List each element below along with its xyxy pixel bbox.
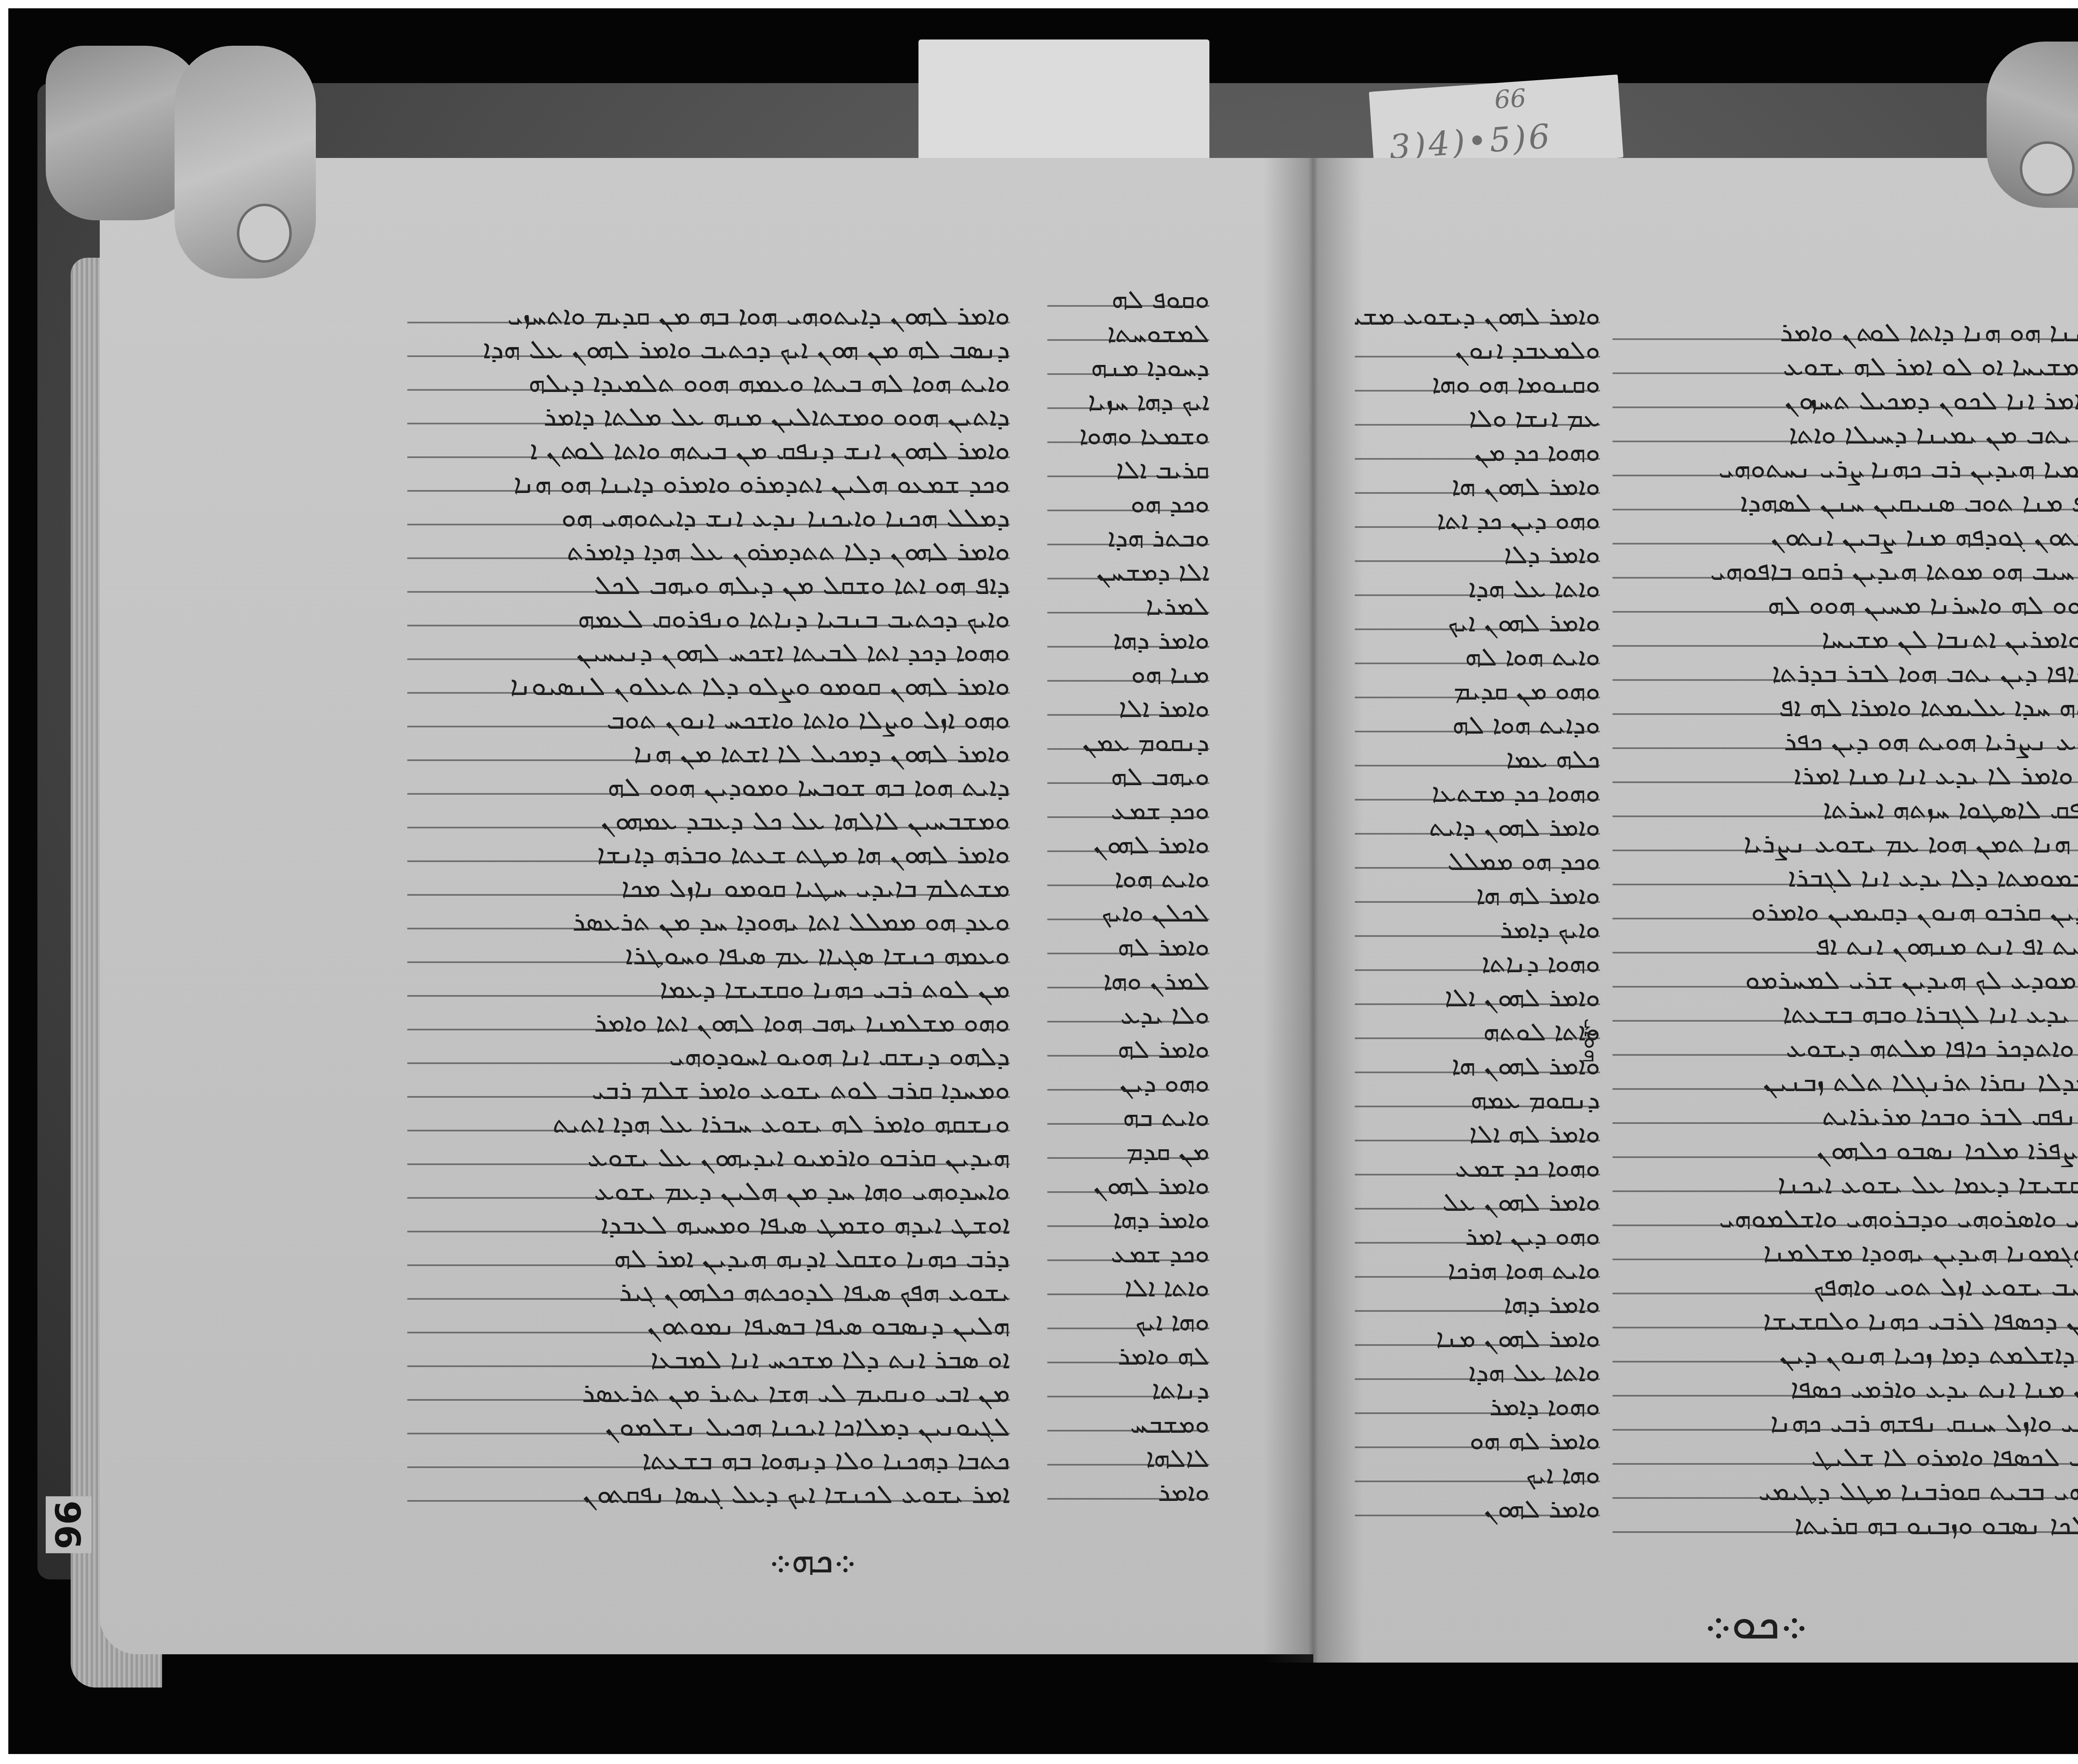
manuscript-line: ܘܗܘ ܕܝܢ ܐܡܪ: [1355, 1220, 1600, 1253]
manuscript-line: ܥܡ ܐܢܫܐ ܘܠܐ: [1355, 402, 1600, 435]
right-page-narrow-column: ܘܐܡܪ ܠܗܘܢ ܕܝܫܘܥ ܡܫܝܚܐܘܠܡܥܒܕ ܐܢܘܢܘܩܢܘܡܐ ܗ…: [1355, 299, 1600, 1546]
left-page-main-column: ܘܐܡܪ ܠܗܘܢ ܕܐܝܬܘܗܝ ܗܘܐ ܒܗ ܡܢ ܩܕܝܡ ܘܐܬܚܙܝܕ…: [407, 299, 1010, 1530]
manuscript-line: ܘܐܡܪ ܕܠܐ: [1355, 538, 1600, 571]
manuscript-line: ܡܫܬܠܡ ܒܐܝܕܝ ܚܛܝܐ ܩܘܡܘ ܢܐܙܠ ܡܟܐ: [407, 872, 1010, 905]
manuscript-line: ܘܩܢܘܡܐ ܗܘ ܘܗܐ: [1355, 367, 1600, 401]
manuscript-line: ܘܐܡܪ ܠܗܘܢ ܐܠܐ: [1355, 981, 1600, 1014]
manuscript-line: ܠܒܪܗ ܕܐܢܫܐ ܝܬܒ ܡܢ ܝܡܝܢܐ ܕܚܝܠܐ ܘܐܬܐ: [1613, 418, 2078, 451]
manuscript-line: ܡܢ ܠܘܬ ܪܒܝ ܟܗܢܐ ܘܩܫܝܫܐ ܕܥܡܐ: [407, 973, 1010, 1006]
manuscript-line: ܘܗܐ ܐܝܟ: [1047, 1305, 1209, 1338]
manuscript-line: ܘܗܘ ܐܙܠ ܘܨܠܐ ܘܐܬܐ ܘܐܫܟܚ ܐܢܘܢ ܬܘܒ: [407, 703, 1010, 737]
manuscript-line: ܠܢ ܕܢܪܡܝܘܗܝ ܒܒܝܬ ܩܘܪܒܢܐ ܡܛܠ ܕܛܝܡܝ: [1613, 1475, 2078, 1508]
manuscript-line: ܘܗܘ ܕܝܢ: [1047, 1067, 1209, 1100]
manuscript-line: ܠܓܝܘܢܝܢ ܕܡܠܐܟܐ ܐܝܟܢܐ ܗܟܝܠ ܢܫܠܡܘܢ: [407, 1410, 1010, 1444]
manuscript-line: ܘܗܘܐ ܟܕ ܫܡܥ: [1355, 1151, 1600, 1185]
manuscript-line: ܗܝܕܝܢ ܩܪܒܘ ܘܐܪܡܝܘ ܐܝܕܝܗܘܢ ܥܠ ܝܫܘܥ: [407, 1141, 1010, 1174]
manuscript-line: ܘܡܩܦܚܝܢ ܗܘܘ ܠܗ ܘܐܚܪܢܐ ܡܚܝܢ ܗܘܘ ܠܗ: [1613, 589, 2078, 622]
manuscript-line: ܘܐܡܪ ܚܛܝܬ ܕܐܫܠܡܬ ܕܡܐ ܙܟܝܐ ܗܢܘܢ ܕܝܢ: [1613, 1338, 2078, 1372]
manuscript-line: ܘܐܡܪ ܐܠܐ: [1047, 692, 1209, 725]
manuscript-line: ܘܩܪܒܬ ܠܘܬܗ ܚܕܐ ܥܠܝܡܬܐ ܘܐܡܪܐ ܠܗ ܐܦ: [1613, 691, 2078, 724]
manuscript-line: ܘܐܡܪ ܠܗܘܢ ܥܠ: [1355, 1185, 1600, 1219]
manuscript-line: ܘܐܝܬ ܗܘܐ: [1047, 862, 1209, 895]
manuscript-line: ܠܟܐܦܐ ܫܪܝܪܐܝܬ ܐܦ ܐܢܬ ܡܢܗܘܢ ܐܢܬ ܐܦ: [1613, 929, 2078, 963]
manuscript-line: ܘܒܬܪ ܗܕܐ: [1047, 521, 1209, 554]
manuscript-line: ܘܗܘ ܕܝܢ ܟܕ ܐܬܐ: [1355, 504, 1600, 537]
manuscript-line: ܬܟܦܘܪ ܒܝ ܘܢܦܩ ܠܒܪ ܘܒܟܐ ܡܪܝܪܐܝܬ: [1613, 1100, 2078, 1133]
manuscript-line: ܘܐܡܪ ܠܗ ܗܘ: [1355, 1424, 1600, 1457]
manuscript-line: ܘܠܐ ܝܕܥ: [1047, 998, 1209, 1032]
manuscript-line: ܘܥܕ ܗܘ ܡܡܠܠ ܐܬܐ ܝܗܘܕܐ ܚܕ ܡܢ ܬܪܥܣܪ: [407, 905, 1010, 939]
manuscript-line: ܘܠܡܥܒܕ ܐܢܘܢ: [1355, 333, 1600, 367]
manuscript-line: ܕܡܐ ܗܘ ܘܡܠܟܐ ܢܣܒܘ ܘܙܒܢܘ ܒܗ ܩܪܝܬܐ: [1613, 1509, 2078, 1542]
manuscript-line: ܐܡܪ ܝܫܘܥ ܠܟܢܫܐ ܐܝܟ ܕܥܠ ܓܝܣܐ ܢܦܩܬܘܢ: [407, 1478, 1010, 1511]
manuscript-line: ܕܚܘܕܐ ܡܢܗ: [1047, 351, 1209, 384]
manuscript-line: ܕܐܡܪ ܠܗ ܕܥܕܠܐ ܢܩܪܐ ܬܪܢܓܠܐ ܬܠܬ ܙܒܢܝܢ: [1613, 1066, 2078, 1099]
manuscript-line: ܘܐܡܪ ܠܗܘܢ ܕܡܟܝܠ ܠܐ ܐܫܬܐ ܡܢ ܗܢܐ: [407, 737, 1010, 770]
manuscript-line: ܘܐܡܪ ܕܗܐ: [1047, 623, 1209, 657]
manuscript-line: ܠܗ ܘܐܡܪ: [1047, 1339, 1209, 1372]
manuscript-line: ܐܘ ܣܒܪ ܐܢܬ ܕܠܐ ܡܫܟܚ ܐܢܐ ܠܡܒܥܐ: [407, 1343, 1010, 1376]
manuscript-line: ܕܝܢ ܢܣܒܘܗܝ ܠܟܣܦܐ ܘܐܡܪܘ ܠܐ ܫܠܝܛ: [1613, 1441, 2078, 1474]
manuscript-line: ܐܠܐ ܕܡܫܚܢ: [1047, 555, 1209, 589]
manuscript-line: ܟܕ ܗܘܐ ܕܝܢ ܨܦܪܐ ܡܠܟܐ ܢܣܒܘ ܟܠܗܘܢ: [1613, 1134, 2078, 1167]
manuscript-line: ܘܡܚܕܐ ܩܪܒ ܠܘܬ ܝܫܘܥ ܘܐܡܪ ܫܠܡ ܪܒܝ: [407, 1074, 1010, 1107]
manuscript-line: ܩܪܝܒ ܐܠܐ: [1047, 453, 1209, 486]
manuscript-line: ܘܥܡܗ ܟܢܫܐ ܣܓܝܐܐ ܥܡ ܣܝܦܐ ܘܚܘܛܪܐ: [407, 939, 1010, 972]
manuscript-line: ܘܟܕ ܫܡܥ: [1047, 1237, 1209, 1270]
manuscript-line: ܘܐܝܟ ܕܟܬܝܒ ܒܢܒܝܐ ܕܢܐܬܐ ܘܢܦܪܘܩ ܠܥܡܗ: [407, 602, 1010, 636]
manuscript-line: ܘܝܗܒ ܠܗ: [1047, 760, 1209, 793]
manuscript-line: ܘܐܝܬ ܗܘܐ ܗܪܟܐ: [1355, 1254, 1600, 1287]
manuscript-line: ܘܗܘܐ ܟܕ ܡܢ: [1355, 436, 1600, 469]
manuscript-line: ܘܐܡܪ ܠܗܘܢ ܗܐ ܡܛܬ ܫܥܬܐ ܘܒܪܗ ܕܐܢܫܐ: [407, 838, 1010, 871]
manuscript-line: ܘܐܡܪ ܗܐ ܓܕܦ ܡܢܐ ܬܘܒ ܣܢܝܩܝܢ ܚܢܢ ܠܣܗܕܐ: [1613, 486, 2078, 520]
manuscript-line: ܒܗܝܟܠܐ ܘܫܢܝ ܘܐܙܠ ܚܢܩ ܢܦܫܗ ܪܒܝ ܟܗܢܐ: [1613, 1407, 2078, 1440]
manuscript-line: ܘܗܘܐ ܕܐܡܪ: [1355, 1390, 1600, 1423]
manuscript-line: ܘܐܡܪ ܕܗܐ: [1047, 1203, 1209, 1236]
label-top-line: 66: [1493, 84, 1527, 115]
manuscript-line: ܘܐܡܪ ܠܗܘܢ ܩܘܡܘ ܘܨܠܘ ܕܠܐ ܬܥܠܘܢ ܠܢܣܝܘܢܐ: [407, 670, 1010, 703]
manuscript-line: ܡܢ ܐܒܝ ܘܢܩܝܡ ܠܝ ܗܫܐ ܝܬܝܪ ܡܢ ܬܪܥܣܪ: [407, 1377, 1010, 1410]
manuscript-line: ܘܐܡܪ ܠܗ: [1047, 930, 1209, 963]
right-quire-signature: ܀ܟܘ܀: [1704, 1596, 1807, 1650]
manuscript-line: ܘܐܬܐ ܐܠܐ: [1047, 1271, 1209, 1304]
manuscript-line: ܘܐܡܪ ܠܗܘܢ: [1355, 1492, 1600, 1525]
manuscript-line: ܐܝܟ ܕܗܐ ܚܙܝܐ: [1047, 385, 1209, 418]
manuscript-line: ܐܘܫܛ ܐܝܕܗ ܘܫܡܛ ܣܝܦܐ ܘܡܚܝܗ ܠܥܒܕܐ: [407, 1208, 1010, 1242]
manuscript-line: ܕܢܩܘܡ ܥܡܗ: [1355, 1083, 1600, 1116]
manuscript-line: ܘܐܬܐ ܥܠ ܗܕܐ: [1355, 1356, 1600, 1389]
manuscript-line: ܟܬܒܐ ܕܗܟܢܐ ܘܠܐ ܕܢܗܘܐ ܒܗ ܒܫܥܬܐ: [407, 1444, 1010, 1477]
manuscript-line: ܘܐܡܪ ܕܗܐ: [1355, 1288, 1600, 1321]
manuscript-line: ܘܐܝܬ ܗܘܐ ܠܗ: [1355, 640, 1600, 673]
manuscript-line: ܘܟܕ ܫܡܥܘ ܗܠܝܢ ܐܬܕܡܪܘ ܘܐܡܪܘ ܕܐܝܢܐ ܗܘ ܗܢܐ: [407, 468, 1010, 501]
edge-shelfmark: 96: [46, 1496, 91, 1553]
manuscript-line: ܥܢܘ ܘܐܡܪܘ ܚܝܒ ܗܘ ܡܘܬܐ ܗܝܕܝܢ ܪܩܘ ܒܐܦܘܗܝ: [1613, 554, 2078, 588]
manuscript-line: ܘܐܬܐ ܥܠ ܗܕܐ: [1355, 572, 1600, 605]
thumbnail: [237, 204, 292, 263]
manuscript-line: ܗܠܝܢ ܕܢܣܒܘ ܣܝܦܐ ܒܣܝܦܐ ܢܡܘܬܘܢ: [407, 1309, 1010, 1343]
manuscript-line: ܠܐܠܗܐ: [1047, 1441, 1209, 1475]
manuscript-line: ܐܢܬ ܥܡ ܝܫܘܥ ܢܨܪܝܐ ܗܘܝܬ ܗܘ ܕܝܢ ܟܦܪ: [1613, 725, 2078, 758]
manuscript-line: ܐܡܪܘ ܠܗ ܠܢ ܡܢܐ ܐܢܬ ܝܕܥ ܘܐܪܡܝ ܟܣܦܐ: [1613, 1372, 2078, 1406]
manuscript-line: ܘܐܡܪ ܠܗܘܢ ܐܝܟ: [1355, 606, 1600, 639]
manuscript-line: ܕܢܡܝܬܘܢܝܗܝ ܘܐܣܪܘܗܝ ܘܕܒܪܘܗܝ ܘܐܫܠܡܘܗܝ: [1613, 1202, 2078, 1235]
margin-note: ܗܘܐܝ: [1579, 1018, 1604, 1063]
manuscript-line: ܒܬܪ ܩܠܝܠ ܕܝܢ ܩܪܒܘ ܗܢܘܢ ܕܩܝܡܝܢ ܘܐܡܪܘ: [1613, 895, 2078, 929]
thumbnail: [2020, 141, 2075, 196]
manuscript-line: ܘܐܡܪ ܠܗܘܢ: [1047, 828, 1209, 861]
manuscript-line: ܘܕܐܝܬ ܗܘܐ ܠܗ: [1355, 708, 1600, 742]
manuscript-line: ܕܐܬܝܢ ܗܘܘ ܘܡܫܬܐܠܝܢ ܡܢܗ ܥܠ ܡܠܬܐ ܕܐܡܪ: [407, 400, 1010, 434]
manuscript-line: ܠܡܫܘܚܬܐ: [1047, 317, 1209, 350]
manuscript-line: ܘܐܡܪ ܠܗܘܢ ܕܐܝܬܘܗܝ ܗܘܐ ܒܗ ܡܢ ܩܕܝܡ ܘܐܬܚܙܝ: [407, 299, 1010, 333]
manuscript-line: ܐܢܐ ܗܘ ܘܗܐ ܐܡܪ ܐܢܐ ܠܟܘܢ ܕܡܟܝܠ ܬܚܙܘܢ: [1613, 384, 2078, 417]
manuscript-line: ܘܐܡܪ ܠܗ: [1047, 1032, 1209, 1066]
manuscript-line: ܘܐܝܟ ܕܐܡܪ: [1355, 913, 1600, 946]
manuscript-line: ܘܠܡܐܡܐ ܕܠܐ ܝܕܥ ܐܢܐ ܠܓܒܪܐ ܘܒܗ ܒܫܥܬܐ: [1613, 998, 2078, 1031]
manuscript-line: ܥܠ ܥܢܢܝ ܫܡܝܐ ܗܝܕܝܢ ܪܒ ܟܗܢܐ ܨܪܝ ܢܚܬܘܗܝ: [1613, 452, 2078, 485]
manuscript-line: ܕܢܣܒ ܠܗ ܡܢ ܗܘܢ ܐܝܟ ܕܟܬܝܒ ܘܐܡܪ ܠܗܘܢ ܥܠ ܗܕ…: [407, 333, 1010, 366]
manuscript-line: ܠܡܪܝܐ: [1047, 589, 1209, 623]
manuscript-line: ܘܐܡܪ ܠܗܘܢ ܗܐ: [1355, 1049, 1600, 1082]
manuscript-line: ܝܫܘܥ ܗܦܟ ܣܝܦܐ ܠܕܘܟܬܗ ܟܠܗܘܢ ܓܝܪ: [407, 1276, 1010, 1309]
manuscript-line: ܘܗܘܐ ܕܢܐܬܐ: [1355, 947, 1600, 980]
manuscript-line: ܘܐܡܪ ܠܗܘܢ ܕܝܫܘܥ ܡܫܝܚܐ: [1355, 299, 1600, 333]
manuscript-line: ܘܟܕ ܗܘ: [1047, 487, 1209, 520]
manuscript-line: ܡܢܐ ܗܘ: [1047, 658, 1209, 691]
manuscript-line: ܕܢܐܬܐ: [1047, 1373, 1209, 1407]
manuscript-line: ܘܫܡܥܐ ܘܗܘܐ: [1047, 419, 1209, 452]
manuscript-line: ܘܐܝܬ ܗܘܐ ܠܗ ܒܝܬܐ ܘܥܡܗ ܗܘܘ ܬܠܡܝܕܐ ܕܝܠܗ: [407, 367, 1010, 400]
manuscript-line: ܕܪܒ ܟܗܢܐ ܘܫܩܠ ܐܕܢܗ ܗܝܕܝܢ ܐܡܪ ܠܗ: [407, 1242, 1010, 1275]
manuscript-line: ܗܐ ܗܫܐ ܫܡܥܬܘܢ ܓܘܕܦܗ ܡܢܐ ܨܒܝܢ ܐܢܬܘܢ: [1613, 520, 2078, 554]
manuscript-line: ܘܡܫܒܚܝܢ ܠܐܠܗܐ ܥܠ ܟܠ ܕܥܒܕ ܥܡܗܘܢ: [407, 804, 1010, 838]
manuscript-line: ܪܒܝ ܟܗܢܐ ܘܩܫܝܫܐ ܕܥܡܐ ܥܠ ܝܫܘܥ ܐܝܟܢܐ: [1613, 1168, 2078, 1201]
manuscript-line: ܕܠܗܘ ܕܢܫܩ ܐܢܐ ܗܘܝܘ ܐܚܘܕܘܗܝ: [407, 1040, 1010, 1073]
manuscript-line: ܐܢܬܝ ܘܟܕ ܢܦܩ ܠܐܣܛܘܐ ܚܙܬܗ ܐܚܪܬܐ: [1613, 793, 2078, 826]
manuscript-line: ܘܐܡܪ ܠܗ ܐܠܐ: [1355, 1117, 1600, 1151]
manuscript-line: ܘܩܘܦ ܠܗ: [1047, 283, 1209, 316]
right-page-main-column: ܘܐܡܪ ܠܗ ܕܐܝܢܐ ܗܘ ܗܢܐ ܕܐܬܐ ܠܘܬܢ ܘܐܡܪܠܗ ܐܢ…: [1613, 316, 2078, 1563]
manuscript-line: ܕܐܦ ܗܘ ܐܬܐ ܘܫܩܠ ܡܢ ܕܝܠܗ ܘܝܗܒ ܠܟܠ: [407, 569, 1010, 602]
manuscript-line: ܘܐܡܪ ܠܗ ܕܐܝܢܐ ܗܘ ܗܢܐ ܕܐܬܐ ܠܘܬܢ ܘܐܡܪ: [1613, 316, 2078, 349]
manuscript-line: ܘܡܫܒܚ: [1047, 1407, 1209, 1441]
manuscript-line: ܘܟܕ ܗܘ ܡܡܠܠ: [1355, 845, 1600, 878]
manuscript-line: ܩܪܐ ܬܪܢܓܠܐ ܘܐܬܕܟܪ ܟܐܦܐ ܡܠܬܗ ܕܝܫܘܥ: [1613, 1032, 2078, 1065]
manuscript-line: ܠܦܝܠܛܘܣ ܗܓܡܘܢܐ ܗܝܕܝܢ ܝܗܘܕܐ ܡܫܠܡܢܐ: [1613, 1236, 2078, 1269]
manuscript-line: ܠܗ ܐܢܬ ܗܘ ܡܫܝܚܐ ܐܘ ܠܘ ܐܡܪ ܠܗ ܝܫܘܥ: [1613, 350, 2078, 383]
manuscript-line: ܡܢܘ ܡܚܝܟ ܟܐܦܐ ܕܝܢ ܝܬܒ ܗܘܐ ܠܒܪ ܒܕܪܬܐ: [1613, 657, 2078, 690]
manuscript-line: ܕܐܝܬ ܗܘܐ ܒܗ ܫܘܒܚܐ ܘܡܘܕܝܢ ܗܘܘ ܠܗ: [407, 771, 1010, 804]
left-page-narrow-column: ܘܩܘܦ ܠܗܠܡܫܘܚܬܐܕܚܘܕܐ ܡܢܗܐܝܟ ܕܗܐ ܚܙܝܐܘܫܡܥܐ…: [1047, 283, 1209, 1530]
manuscript-line: ܘܐܡܪ ܠܗܘܢ ܕܐܝܬ: [1355, 811, 1600, 844]
manuscript-line: ܗܠܝܢ ܬܠܬܝܢ ܕܟܣܦܐ ܠܪܒܝ ܟܗܢܐ ܘܠܩܫܝܫܐ: [1613, 1304, 2078, 1338]
manuscript-line: ܥܠ ܦܟܘܗܝ ܘܐܡܪܝܢ ܐܬܢܒܐ ܠܢ ܡܫܝܚܐ: [1613, 623, 2078, 656]
manuscript-line: ܘܢܫܩܗ ܘܐܡܪ ܠܗ ܝܫܘܥ ܚܒܪܐ ܥܠ ܗܕܐ ܐܬܝܬ: [407, 1107, 1010, 1141]
manuscript-line: ܘܗܘ ܡܢ ܩܕܝܡ: [1355, 674, 1600, 707]
left-hand-thumb: [175, 46, 316, 278]
manuscript-line: ܘܗܐ ܐܝܟ: [1355, 1458, 1600, 1491]
manuscript-line: ܡܢ ܩܕܡ: [1047, 1135, 1209, 1168]
manuscript-line: ܠܟܠܢ ܘܐܝܟ: [1047, 896, 1209, 929]
manuscript-line: ܘܐܡܪ: [1047, 1476, 1209, 1509]
manuscript-line: ܘܐܡܪ ܠܗܘܢ ܕܠܐ ܬܬܕܡܪܘܢ ܥܠ ܗܕܐ ܕܐܡܪܬ: [407, 535, 1010, 568]
manuscript-line: ܘܐܡܪ ܠܗ ܗܐ: [1355, 879, 1600, 912]
book-gutter: [1263, 158, 1363, 1663]
manuscript-line: ܘܐܬܐ ܠܘܬܗ: [1355, 1015, 1600, 1048]
manuscript-line: ܘܗܘܐ ܟܕ ܡܫܬܥܐ: [1355, 776, 1600, 810]
manuscript-line: ܘܐܡܪܐ ܠܗܘܢ ܗܢܐ ܬܡܢ ܗܘܐ ܥܡ ܝܫܘܥ ܢܨܪܝܐ: [1613, 827, 2078, 860]
manuscript-line: ܘܗܘ ܡܫܠܡܢܐ ܝܗܒ ܗܘܐ ܠܗܘܢ ܐܬܐ ܘܐܡܪ: [407, 1006, 1010, 1040]
manuscript-line: ܘܟܕ ܫܡܥ: [1047, 794, 1209, 827]
manuscript-line: ܕܢܩܘܡ ܥܡܢ: [1047, 726, 1209, 759]
right-hand-thumb: [1987, 42, 2078, 208]
manuscript-line: ܟܕ ܚܙܐ ܕܐܬܚܝܒ ܝܫܘܥ ܐܙܠ ܬܘܝ ܘܐܗܦܟ: [1613, 1270, 2078, 1303]
manuscript-line: ܘܐܝܬ ܒܗ: [1047, 1101, 1209, 1134]
left-quire-signature: ܀ܟܗ܀: [769, 1538, 856, 1582]
manuscript-line: ܕܡܠܠ ܗܟܢܐ ܘܐܝܟܢܐ ܢܕܥ ܐܢܫ ܕܐܝܬܘܗܝ ܗܘ: [407, 501, 1010, 535]
manuscript-line: ܘܐܡܪ ܠܗܘܢ ܗܐ: [1355, 470, 1600, 503]
manuscript-line: ܡܡܠܠܟ ܓܝܪ ܡܘܕܥ ܠܟ ܗܝܕܝܢ ܫܪܝ ܠܡܚܪܡܘ: [1613, 963, 2078, 997]
manuscript-line: ܘܐܡܪ ܠܗܘܢ ܡܢܐ: [1355, 1322, 1600, 1355]
manuscript-line: ܘܐܡܪ ܠܗܘܢ ܐܢܫ ܕܢܦܩ ܡܢ ܒܝܬܗ ܘܐܬܐ ܠܘܬܢ ܐ: [407, 434, 1010, 467]
manuscript-line: ܩܕܡ ܟܠܗܘܢ ܘܐܡܪ ܠܐ ܝܕܥ ܐܢܐ ܡܢܐ ܐܡܪܐ: [1613, 759, 2078, 792]
manuscript-line: ܟܠܗ ܥܡܐ: [1355, 742, 1600, 776]
manuscript-line: ܘܗܘܐ ܕܟܕ ܐܬܐ ܠܒܝܬܐ ܐܫܟܚ ܠܗܘܢ ܕܢܝܚܝܢ: [407, 636, 1010, 669]
manuscript-line: ܘܬܘܒ ܟܦܪ ܒܡܘܡܬܐ ܕܠܐ ܝܕܥ ܐܢܐ ܠܓܒܪܐ: [1613, 861, 2078, 894]
manuscript-line: ܘܐܡܪ ܠܗܘܢ: [1047, 1169, 1209, 1202]
manuscript-line: ܘܐܚܕܘܗܝ ܘܗܐ ܚܕ ܡܢ ܗܠܝܢ ܕܥܡ ܝܫܘܥ: [407, 1175, 1010, 1208]
manuscript-line: ܠܡܪܢ ܘܗܐ: [1047, 964, 1209, 998]
